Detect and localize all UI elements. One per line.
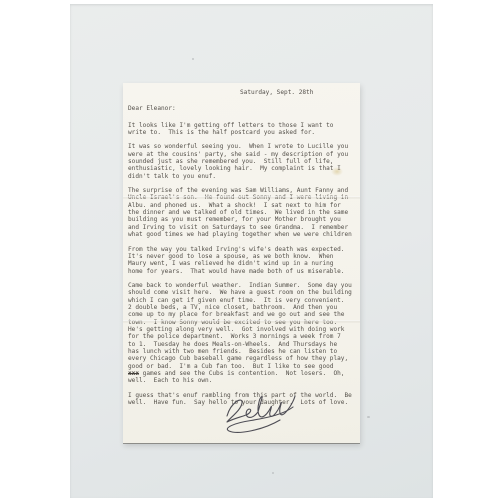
typewritten-letter: Saturday, Sept. 28th Dear Eleanor: It lo… <box>123 83 360 443</box>
letter-paragraph-4: From the way you talked Irving's wife's … <box>128 246 355 275</box>
letter-paragraph-5: Came back to wonderful weather. Indian S… <box>128 282 355 385</box>
letter-salutation: Dear Eleanor: <box>128 105 355 112</box>
letter-paragraph-1: It looks like I'm getting off letters to… <box>128 122 355 137</box>
paragraph-text: games and see the Cubs is contention. No… <box>128 370 344 384</box>
letter-paragraph-2: It was so wonderful seeing you. When I w… <box>128 143 355 180</box>
dust-speck <box>272 472 274 474</box>
handwritten-signature-zelda <box>221 391 309 439</box>
dust-speck <box>192 58 194 60</box>
signature-drawing <box>221 391 309 439</box>
scanned-photo-background: Saturday, Sept. 28th Dear Eleanor: It lo… <box>70 4 433 498</box>
paragraph-text: Came back to wonderful weather. Indian S… <box>128 282 352 370</box>
dust-speck <box>367 416 370 418</box>
letter-date: Saturday, Sept. 28th <box>240 89 355 96</box>
struck-out-text: xxx <box>128 370 139 377</box>
letter-paragraph-3: The surprise of the evening was Sam Will… <box>128 187 355 238</box>
